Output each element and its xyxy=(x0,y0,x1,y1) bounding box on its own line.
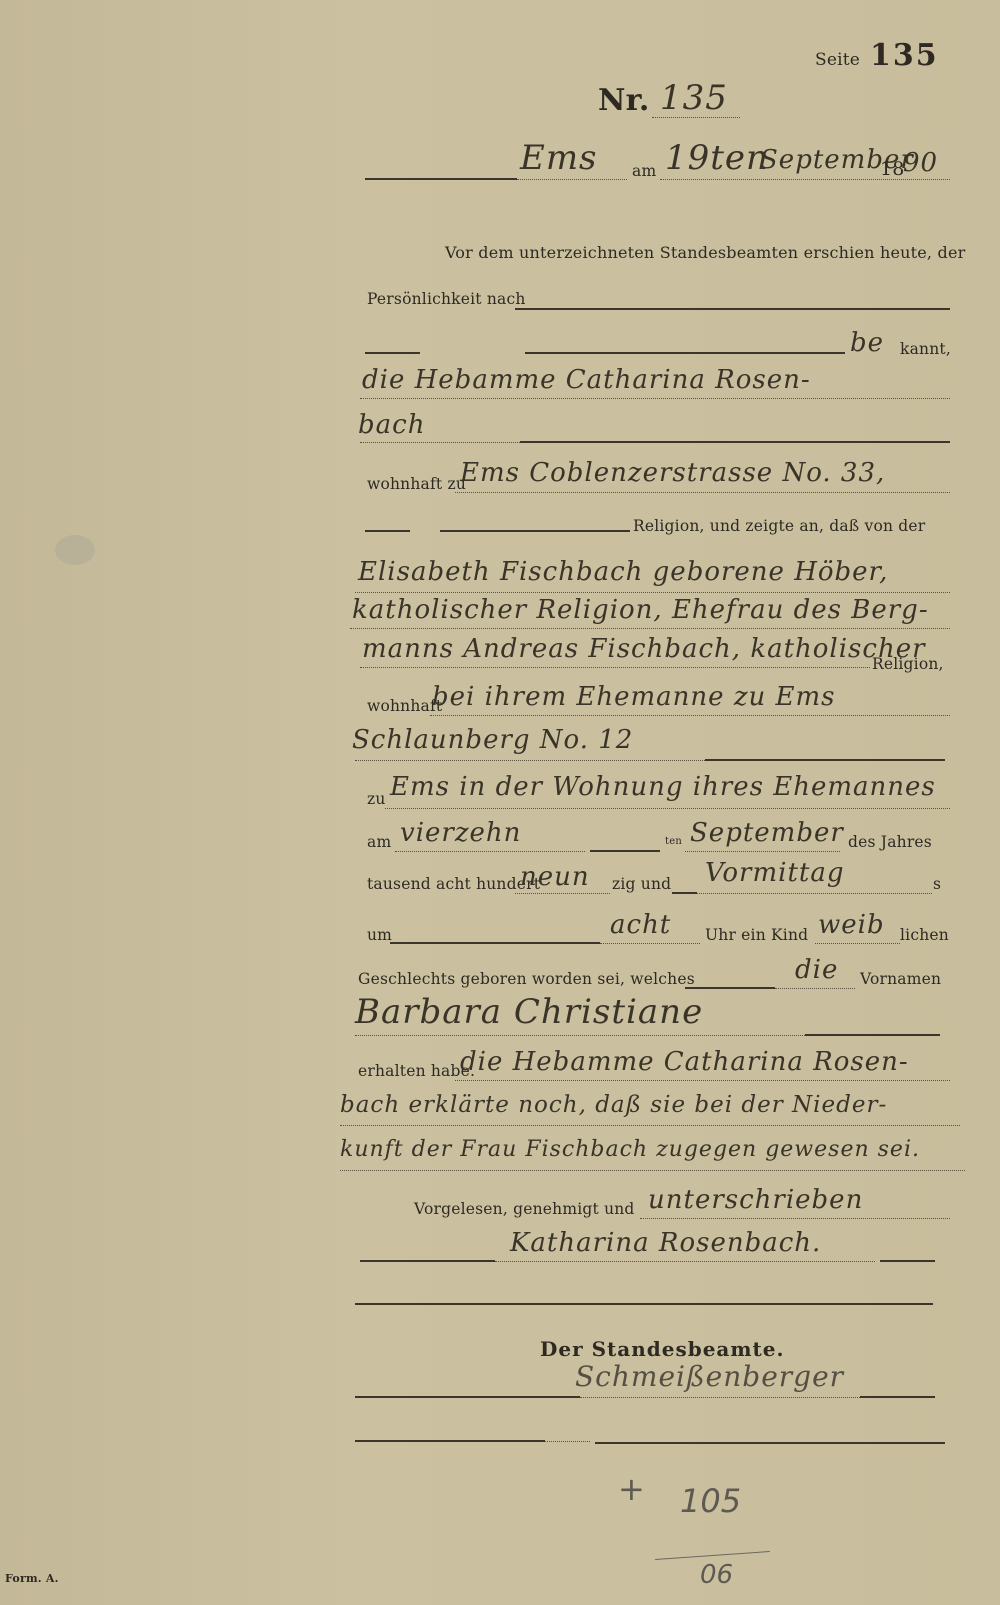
birth-location: Ems in der Wohnung ihres Ehemannes xyxy=(390,772,936,802)
time-of-day-line xyxy=(697,893,932,894)
informant-line-2-rest xyxy=(520,441,950,443)
lichen-label: lichen xyxy=(900,926,949,944)
bottom-line-lead xyxy=(355,1440,545,1442)
page-number: 135 xyxy=(870,38,939,73)
year-prefix: 18 xyxy=(880,158,905,180)
pencil-fraction-line xyxy=(655,1551,770,1560)
official-signature-line-lead xyxy=(355,1396,580,1398)
informant-signature: Katharina Rosenbach. xyxy=(510,1228,821,1258)
remark-line-2 xyxy=(340,1125,960,1126)
official-signature: Schmeißenberger xyxy=(575,1360,844,1393)
known-handwritten: be xyxy=(850,328,884,358)
des-jahres-label: des Jahres xyxy=(848,833,932,851)
mother-name: Elisabeth Fischbach geborene Höber, xyxy=(358,557,888,587)
mother-line-3 xyxy=(360,667,870,668)
known-line xyxy=(525,352,845,354)
hour-line xyxy=(600,943,700,944)
record-number-label: Nr. xyxy=(598,83,650,118)
birth-register-page: Seite 135 Nr. 135 Ems am 19ten September… xyxy=(0,0,1000,1605)
remark-2: bach erklärte noch, daß sie bei der Nied… xyxy=(340,1092,887,1118)
pencil-reference-sub: 06 xyxy=(700,1560,733,1590)
persoenlichkeit-line xyxy=(515,308,950,310)
child-given-names: Barbara Christiane xyxy=(355,992,703,1032)
record-number-value: 135 xyxy=(660,78,728,118)
birth-day-line xyxy=(395,851,585,852)
persoenlichkeit-label: Persönlichkeit nach xyxy=(367,290,526,308)
birth-ten-label: ten xyxy=(665,836,682,847)
zig-und-label: zig und xyxy=(612,875,671,893)
birth-year-words: neun xyxy=(520,862,590,892)
um-label: um xyxy=(367,926,392,944)
mother-residence-line-2-rest xyxy=(705,759,945,761)
time-of-day-line-lead xyxy=(672,892,697,894)
official-signature-line-rest xyxy=(860,1396,935,1398)
remark-line-1 xyxy=(455,1080,950,1081)
birth-hour: acht xyxy=(610,910,671,940)
birth-zu-label: zu xyxy=(367,790,386,808)
birth-location-line xyxy=(385,808,950,809)
informant-residence: Ems Coblenzerstrasse No. 33, xyxy=(460,458,885,488)
remark-1: die Hebamme Catharina Rosen- xyxy=(460,1047,909,1077)
known-line-lead xyxy=(365,352,420,354)
tausend-label: tausend acht hundert xyxy=(367,875,540,893)
pencil-reference-number: 105 xyxy=(680,1482,741,1520)
place-line-lead xyxy=(365,178,517,180)
husband-religion-label: Religion, xyxy=(872,655,944,673)
hour-line-lead xyxy=(390,942,600,944)
mother-residence-2: Schlaunberg No. 12 xyxy=(352,725,633,755)
uhr-kind-label: Uhr ein Kind xyxy=(705,926,808,944)
intro-text: Vor dem unterzeichneten Standesbeamten e… xyxy=(445,243,965,262)
paper-smudge xyxy=(55,535,95,565)
bottom-line-dotted xyxy=(545,1441,590,1442)
informant-line-2 xyxy=(360,442,520,443)
mother-religion-husband: katholischer Religion, Ehefrau des Berg- xyxy=(352,595,929,625)
official-signature-line xyxy=(580,1397,860,1398)
article-line-lead xyxy=(685,987,775,989)
husband-name: manns Andreas Fischbach, katholischer xyxy=(362,634,926,664)
date-line xyxy=(660,179,950,180)
remark-line-3 xyxy=(340,1170,965,1171)
informant-wohnhaft-label: wohnhaft zu xyxy=(367,475,466,493)
registration-place: Ems xyxy=(520,138,598,178)
birth-month: September xyxy=(690,818,844,848)
time-of-day: Vormittag xyxy=(705,858,844,888)
informant-religion-line-lead xyxy=(365,530,410,532)
year-suffix: 90 xyxy=(903,148,938,178)
vornamen-label: Vornamen xyxy=(860,970,941,988)
given-names-line-rest xyxy=(805,1034,940,1036)
official-heading: Der Standesbeamte. xyxy=(540,1337,784,1361)
closing-line xyxy=(355,1303,933,1305)
informant-signature-line-rest xyxy=(880,1260,935,1262)
informant-name-2: bach xyxy=(358,410,425,440)
mother-residence-1: bei ihrem Ehemanne zu Ems xyxy=(432,682,836,712)
birth-am-label: am xyxy=(367,833,391,851)
registration-day: 19ten xyxy=(665,138,769,178)
informant-line-1 xyxy=(360,398,950,399)
birth-year-line xyxy=(515,893,610,894)
mother-residence-line-1 xyxy=(430,715,950,716)
bottom-line-rest xyxy=(595,1442,945,1444)
birth-month-line xyxy=(685,851,840,852)
death-cross-mark: + xyxy=(618,1470,645,1508)
informant-residence-line xyxy=(455,492,950,493)
page-label: Seite xyxy=(815,50,860,70)
erhalten-label: erhalten habe. xyxy=(358,1062,475,1080)
name-article: die xyxy=(795,955,838,985)
birth-day-line-rest xyxy=(590,850,660,852)
religion-zeigte-label: Religion, und zeigte an, daß von der xyxy=(633,517,925,535)
sex-line xyxy=(815,943,900,944)
place-line xyxy=(517,179,627,180)
vorgelesen-label: Vorgelesen, genehmigt und xyxy=(414,1200,635,1218)
form-label: Form. A. xyxy=(5,1572,59,1585)
mother-line-1 xyxy=(355,592,950,593)
informant-name-1: die Hebamme Catharina Rosen- xyxy=(362,365,811,395)
given-names-line xyxy=(355,1035,805,1036)
informant-signature-line-lead xyxy=(360,1260,495,1262)
remark-3: kunft der Frau Fischbach zugegen gewesen… xyxy=(340,1137,920,1162)
article-line xyxy=(775,988,855,989)
known-label: kannt, xyxy=(900,340,951,358)
birth-day: vierzehn xyxy=(400,818,521,848)
informant-signature-line xyxy=(495,1261,875,1262)
s-label: s xyxy=(933,875,941,893)
geschlechts-label: Geschlechts geboren worden sei, welches xyxy=(358,970,695,988)
date-am-label: am xyxy=(632,162,656,180)
informant-religion-line xyxy=(440,530,630,532)
unterschrieben-text: unterschrieben xyxy=(648,1185,863,1215)
child-sex: weib xyxy=(818,910,885,940)
mother-line-2 xyxy=(350,628,950,629)
unterschrieben-line xyxy=(640,1218,950,1219)
mother-residence-line-2 xyxy=(355,760,705,761)
